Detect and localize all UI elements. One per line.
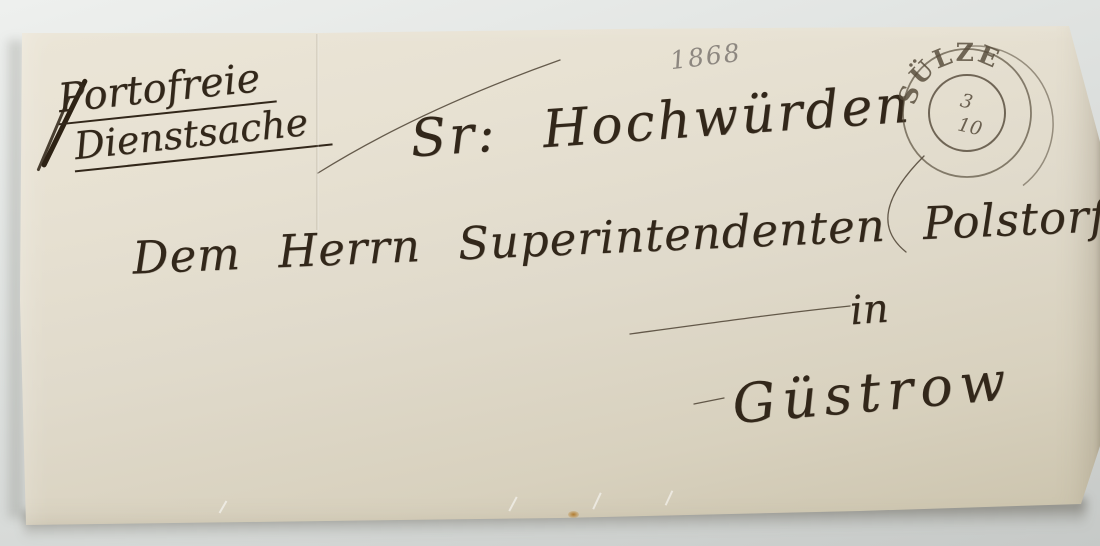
postmark-stamp: SÜLZE 3 10 bbox=[872, 26, 1077, 221]
svg-text:SÜLZE: SÜLZE bbox=[893, 38, 1008, 108]
paper-nick bbox=[592, 492, 601, 509]
flourish-preposition-lead bbox=[630, 306, 850, 334]
pencil-year-note: 1868 bbox=[669, 40, 743, 74]
address-line-city: Güstrow bbox=[730, 354, 1015, 432]
paper-nick bbox=[219, 500, 228, 513]
rust-spot bbox=[568, 511, 579, 518]
postmark-day: 3 bbox=[958, 90, 975, 114]
address-line-preposition: in bbox=[849, 289, 890, 332]
flourish-city-dash bbox=[694, 398, 724, 404]
paper-crease-vertical bbox=[316, 34, 319, 230]
address-line-honorific: Sr: Hochwürden bbox=[409, 79, 914, 166]
postmark-inner-circle bbox=[929, 75, 1005, 151]
postmark-month: 10 bbox=[956, 114, 985, 141]
postmark-town-label: SÜLZE bbox=[893, 38, 1008, 108]
envelope: Portofreie Dienstsache 1868 Sr: Hochwürd… bbox=[0, 0, 1100, 546]
paper-nick bbox=[508, 496, 517, 511]
paper-nick bbox=[665, 490, 674, 505]
photo-background: Portofreie Dienstsache 1868 Sr: Hochwürd… bbox=[0, 0, 1100, 546]
